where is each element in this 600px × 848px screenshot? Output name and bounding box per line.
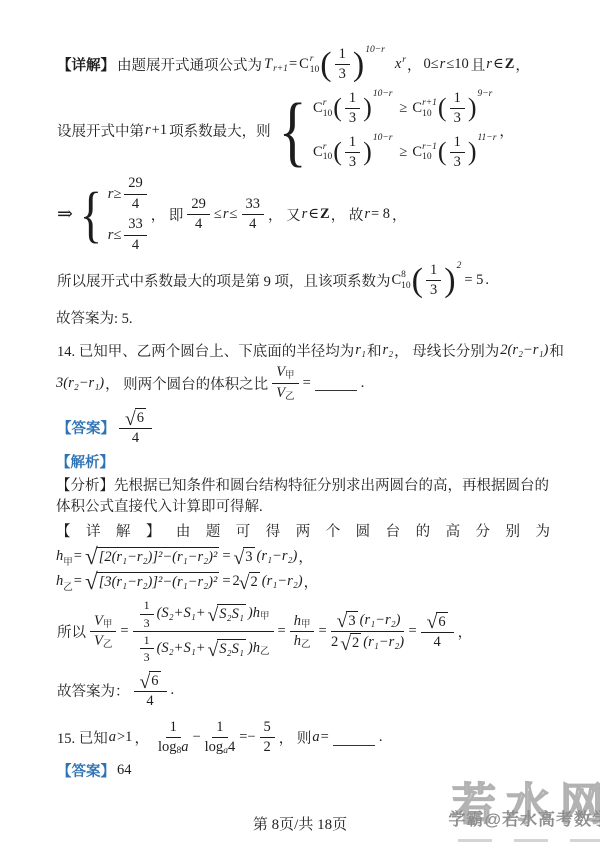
var-a: a bbox=[109, 729, 116, 746]
var-x: x bbox=[395, 56, 401, 73]
left-paren: ( bbox=[412, 265, 423, 297]
conclusion-text: 所以展开式中系数最大的项是第 9 项，且该项系数为 bbox=[57, 270, 391, 291]
q14-h-jia-line: h甲 = √[2(r₁−r₂)]²−(r₁−r₂)² = √3 (r₁−r₂) … bbox=[56, 546, 550, 567]
binom-scripts: 810 bbox=[401, 270, 411, 292]
answer-blank bbox=[315, 375, 357, 391]
cond-b: ≤10 bbox=[446, 56, 468, 73]
comma: ， bbox=[515, 54, 530, 75]
frac-volume-formula: 13 (S₂+S₁+√S₂S₁) h甲 13 (S₂+S₁+√S₂S₁) h乙 bbox=[133, 598, 274, 665]
gt-1: >1 bbox=[117, 729, 132, 746]
binom-C: C bbox=[313, 144, 323, 161]
binom-C: C bbox=[412, 144, 422, 161]
page-content: 【详解】 由题展开式通项公式为 Tr+1 = Cr10 ( 13 ) 10−r … bbox=[0, 0, 600, 781]
q14-h-yi-line: h乙 = √[3(r₁−r₂)]²−(r₁−r₂)² = 2 √2 (r₁−r₂… bbox=[56, 571, 550, 592]
var-r: r bbox=[364, 206, 370, 223]
equals: = bbox=[222, 573, 230, 590]
sup-r: r bbox=[402, 55, 406, 65]
frac-sqrt-ratio: √3(r₁−r₂) 2√2(r₁−r₂) bbox=[331, 611, 405, 653]
case-row-2: r≤ 334 bbox=[108, 216, 150, 254]
frac-one-third: 13 bbox=[450, 90, 465, 128]
q14-final-answer-line: 故答案为： √6 4 . bbox=[56, 671, 550, 711]
var-h: h bbox=[56, 548, 63, 565]
frac-5-2: 52 bbox=[260, 719, 275, 757]
in-symbol: ∈ bbox=[308, 206, 319, 223]
left-paren: ( bbox=[333, 96, 342, 121]
var-r: r bbox=[440, 56, 446, 73]
equals: = bbox=[303, 375, 311, 392]
frac-one-third: 13 bbox=[335, 46, 350, 84]
q14-text2: ， 母线长分别为 bbox=[394, 340, 499, 361]
answer-label: 【答案】 bbox=[57, 760, 115, 781]
equals: = bbox=[120, 623, 128, 640]
right-paren: ) bbox=[363, 140, 372, 165]
comma: ， bbox=[407, 54, 422, 75]
binom-scripts: r10 bbox=[323, 142, 333, 164]
exponent-10-r: 10−r bbox=[373, 89, 393, 99]
equals: = bbox=[74, 573, 82, 590]
answer-blank bbox=[333, 729, 375, 745]
frac-one-third: 13 bbox=[450, 134, 465, 172]
r-le: r≤ bbox=[108, 227, 122, 244]
le-symbol: ≤ bbox=[214, 206, 222, 223]
sub-r1: r+1 bbox=[273, 64, 288, 74]
frac-h-ratio: h甲 h乙 bbox=[290, 613, 315, 651]
var-a: a bbox=[312, 729, 319, 746]
gu-text: ， 故 bbox=[331, 204, 364, 225]
q14-text1: 14. 已知甲、乙两个圆台上、下底面的半径均为 bbox=[57, 340, 354, 361]
equals: = bbox=[74, 548, 82, 565]
right-paren: ) bbox=[468, 140, 477, 165]
minus: − bbox=[192, 729, 200, 746]
binom-scripts: r10 bbox=[310, 54, 320, 76]
detail-label: 【详解】 bbox=[57, 54, 115, 75]
set-pre-text: 设展开式中第 bbox=[57, 120, 144, 141]
period: . bbox=[379, 729, 383, 746]
frac-sqrt6-4: √6 4 bbox=[119, 408, 152, 448]
frac-one-third: 13 bbox=[345, 90, 360, 128]
q14-statement-line1: 14. 已知甲、乙两个圆台上、下底面的半径均为 r₁ 和 r₂ ， 母线长分别为… bbox=[56, 340, 550, 361]
q15-pre-text: 15. 已知 bbox=[57, 727, 108, 748]
answer-label: 【答案】 bbox=[57, 417, 115, 438]
right-paren: ) bbox=[353, 49, 364, 81]
in-symbol: ∈ bbox=[493, 56, 504, 73]
period: . bbox=[361, 375, 365, 392]
cond-a: 0≤ bbox=[423, 56, 438, 73]
period: . bbox=[485, 272, 489, 289]
comma: ， bbox=[392, 204, 407, 225]
var-r: r bbox=[223, 206, 229, 223]
equals: = bbox=[289, 56, 297, 73]
watermark: 若水网 学霸@若水高考数学 bbox=[414, 780, 600, 844]
frac-33-4: 334 bbox=[124, 216, 147, 254]
period: . bbox=[171, 682, 175, 699]
qie: 且 bbox=[471, 54, 486, 75]
comma: ， bbox=[134, 727, 149, 748]
slant-len-2: 3(r₂−r₁) bbox=[56, 375, 104, 392]
frac-loga4: 1 loga4 bbox=[205, 719, 236, 757]
exponent-2: 2 bbox=[457, 261, 462, 271]
exponent-9-r: 9−r bbox=[478, 89, 493, 99]
ge-symbol: ≥ bbox=[399, 100, 407, 117]
q15-answer-value: 64 bbox=[117, 762, 132, 779]
equals-8: = 8 bbox=[371, 206, 390, 223]
binom-C: C bbox=[392, 272, 402, 289]
left-paren: ( bbox=[320, 49, 331, 81]
watermark-overlay-text: 学霸@若水高考数学 bbox=[448, 805, 600, 830]
comma: ， bbox=[298, 546, 313, 567]
var-h: h bbox=[56, 573, 63, 590]
var-r: r bbox=[486, 56, 492, 73]
cases-rows: r≥ 294 r≤ 334 bbox=[108, 175, 150, 254]
frac-33-4: 334 bbox=[242, 196, 265, 234]
q14-xiangjie-text: 【 详 解 】 由 题 可 得 两 个 圆 台 的 高 分 别 为 bbox=[56, 520, 550, 541]
suoyi-text: 所以 bbox=[57, 621, 86, 642]
q13-conclusion-line: 所以展开式中系数最大的项是第 9 项，且该项系数为 C810 ( 13 ) 2 … bbox=[56, 262, 550, 300]
frac-log8a: 1 log8a bbox=[158, 719, 189, 757]
he-text: 和 bbox=[549, 340, 564, 361]
sqrt-2: √2 bbox=[239, 572, 260, 591]
left-paren: ( bbox=[438, 96, 447, 121]
system-brace: { bbox=[278, 92, 306, 170]
q13-intro-text: 由题展开式通项公式为 bbox=[117, 54, 262, 75]
cases-brace: { bbox=[80, 184, 102, 246]
frac-29-4: 294 bbox=[187, 196, 210, 234]
inequality-row-1: Cr10 ( 13 ) 10−r ≥ Cr+110 ( 13 ) 9−r bbox=[313, 90, 498, 128]
ji-text: ， 即 bbox=[151, 204, 184, 225]
q14-jiexi-label: 【解析】 bbox=[56, 452, 550, 474]
watermark-tiny-marks bbox=[458, 839, 600, 842]
ge-symbol: ≥ bbox=[399, 144, 407, 161]
frac-sqrt6-4: √6 4 bbox=[421, 612, 454, 652]
set-Z: Z bbox=[320, 206, 330, 223]
q14-fenxi-text: 【分析】先根据已知条件和圆台结构特征分别求出两圆台的高，再根据圆台的体积公式直接… bbox=[56, 476, 550, 518]
sub-jia: 甲 bbox=[63, 554, 73, 568]
ans-pre-text: 故答案为： bbox=[57, 680, 130, 701]
set-Z: Z bbox=[505, 56, 515, 73]
case-row-1: r≥ 294 bbox=[108, 175, 150, 213]
system-rows: Cr10 ( 13 ) 10−r ≥ Cr+110 ( 13 ) 9−r Cr1… bbox=[313, 90, 498, 172]
var-r1: r₁ bbox=[355, 342, 366, 359]
binom-scripts: r10 bbox=[323, 98, 333, 120]
le-symbol: ≤ bbox=[230, 206, 238, 223]
he-text: 和 bbox=[367, 340, 382, 361]
ze-text: ， 则 bbox=[279, 727, 312, 748]
frac-V-ratio: V甲 V乙 bbox=[272, 364, 298, 402]
right-paren: ) bbox=[363, 96, 372, 121]
equals-5: = 5 bbox=[464, 272, 483, 289]
frac-one-third: 13 bbox=[345, 134, 360, 172]
sqrt-expression: √[3(r₁−r₂)]²−(r₁−r₂)² bbox=[85, 572, 219, 591]
q14-answer-line: 【答案】 √6 4 bbox=[56, 408, 550, 448]
comma: ， bbox=[499, 120, 514, 141]
binom-scripts: r−110 bbox=[422, 142, 437, 164]
binom-scripts: r+110 bbox=[422, 98, 437, 120]
equals: = bbox=[408, 623, 416, 640]
equals-minus: =− bbox=[239, 729, 255, 746]
equals: = bbox=[278, 623, 286, 640]
comma: ， bbox=[458, 621, 473, 642]
sub-yi: 乙 bbox=[63, 579, 73, 593]
q15-statement-line: 15. 已知 a >1 ， 1 log8a − 1 loga4 =− 52 ， … bbox=[56, 719, 550, 757]
var-r: r bbox=[145, 122, 151, 139]
right-paren: ) bbox=[468, 96, 477, 121]
frac-V-ratio: V甲 V乙 bbox=[90, 613, 116, 651]
var-r2: r₂ bbox=[382, 342, 393, 359]
r-factor: (r₁−r₂) bbox=[262, 573, 303, 590]
q14-text3: ， 则两个圆台的体积之比 bbox=[105, 373, 268, 394]
binom-C: C bbox=[412, 100, 422, 117]
binom-C: C bbox=[313, 100, 323, 117]
exponent-11-r: 11−r bbox=[478, 133, 497, 143]
var-r: r bbox=[302, 206, 308, 223]
r-ge: r≥ bbox=[108, 186, 122, 203]
plus-one: +1 bbox=[152, 122, 167, 139]
q14-statement-line2: 3(r₂−r₁) ， 则两个圆台的体积之比 V甲 V乙 = . bbox=[56, 364, 550, 402]
equals: = bbox=[222, 548, 230, 565]
q13-implies-line: ⇒ { r≥ 294 r≤ 334 ， 即 294 ≤ r ≤ 334 ， 又 … bbox=[56, 175, 550, 254]
slant-len-1: 2(r₂−r₁) bbox=[500, 342, 548, 359]
frac-29-4: 294 bbox=[124, 175, 147, 213]
frac-one-third: 13 bbox=[426, 262, 441, 300]
var-T: T bbox=[264, 56, 272, 73]
q13-system-line: 设展开式中第 r+1 项系数最大，则 { Cr10 ( 13 ) 10−r ≥ … bbox=[56, 90, 550, 172]
equals: = bbox=[318, 623, 326, 640]
frac-sqrt6-4: √6 4 bbox=[134, 671, 167, 711]
q13-answer-line: 故答案为: 5. bbox=[56, 308, 550, 330]
left-paren: ( bbox=[333, 140, 342, 165]
right-paren: ) bbox=[444, 265, 455, 297]
sqrt-expression: √[2(r₁−r₂)]²−(r₁−r₂)² bbox=[85, 547, 219, 566]
implies-arrow: ⇒ bbox=[57, 203, 73, 226]
you-text: ， 又 bbox=[268, 204, 301, 225]
left-paren: ( bbox=[438, 140, 447, 165]
comma: ， bbox=[304, 571, 319, 592]
exponent-10-r: 10−r bbox=[373, 133, 393, 143]
equals: = bbox=[321, 729, 329, 746]
binom-C: C bbox=[299, 56, 309, 73]
set-post-text: 项系数最大，则 bbox=[169, 120, 271, 141]
inequality-row-2: Cr10 ( 13 ) 10−r ≥ Cr−110 ( 13 ) 11−r bbox=[313, 134, 498, 172]
r-factor: (r₁−r₂) bbox=[257, 548, 298, 565]
exponent-10-r: 10−r bbox=[365, 45, 385, 55]
sqrt-3: √3 bbox=[234, 547, 255, 566]
q13-detail-line1: 【详解】 由题展开式通项公式为 Tr+1 = Cr10 ( 13 ) 10−r … bbox=[56, 46, 550, 84]
q14-ratio-line: 所以 V甲 V乙 = 13 (S₂+S₁+√S₂S₁) h甲 13 (S₂+S₁… bbox=[56, 598, 550, 665]
